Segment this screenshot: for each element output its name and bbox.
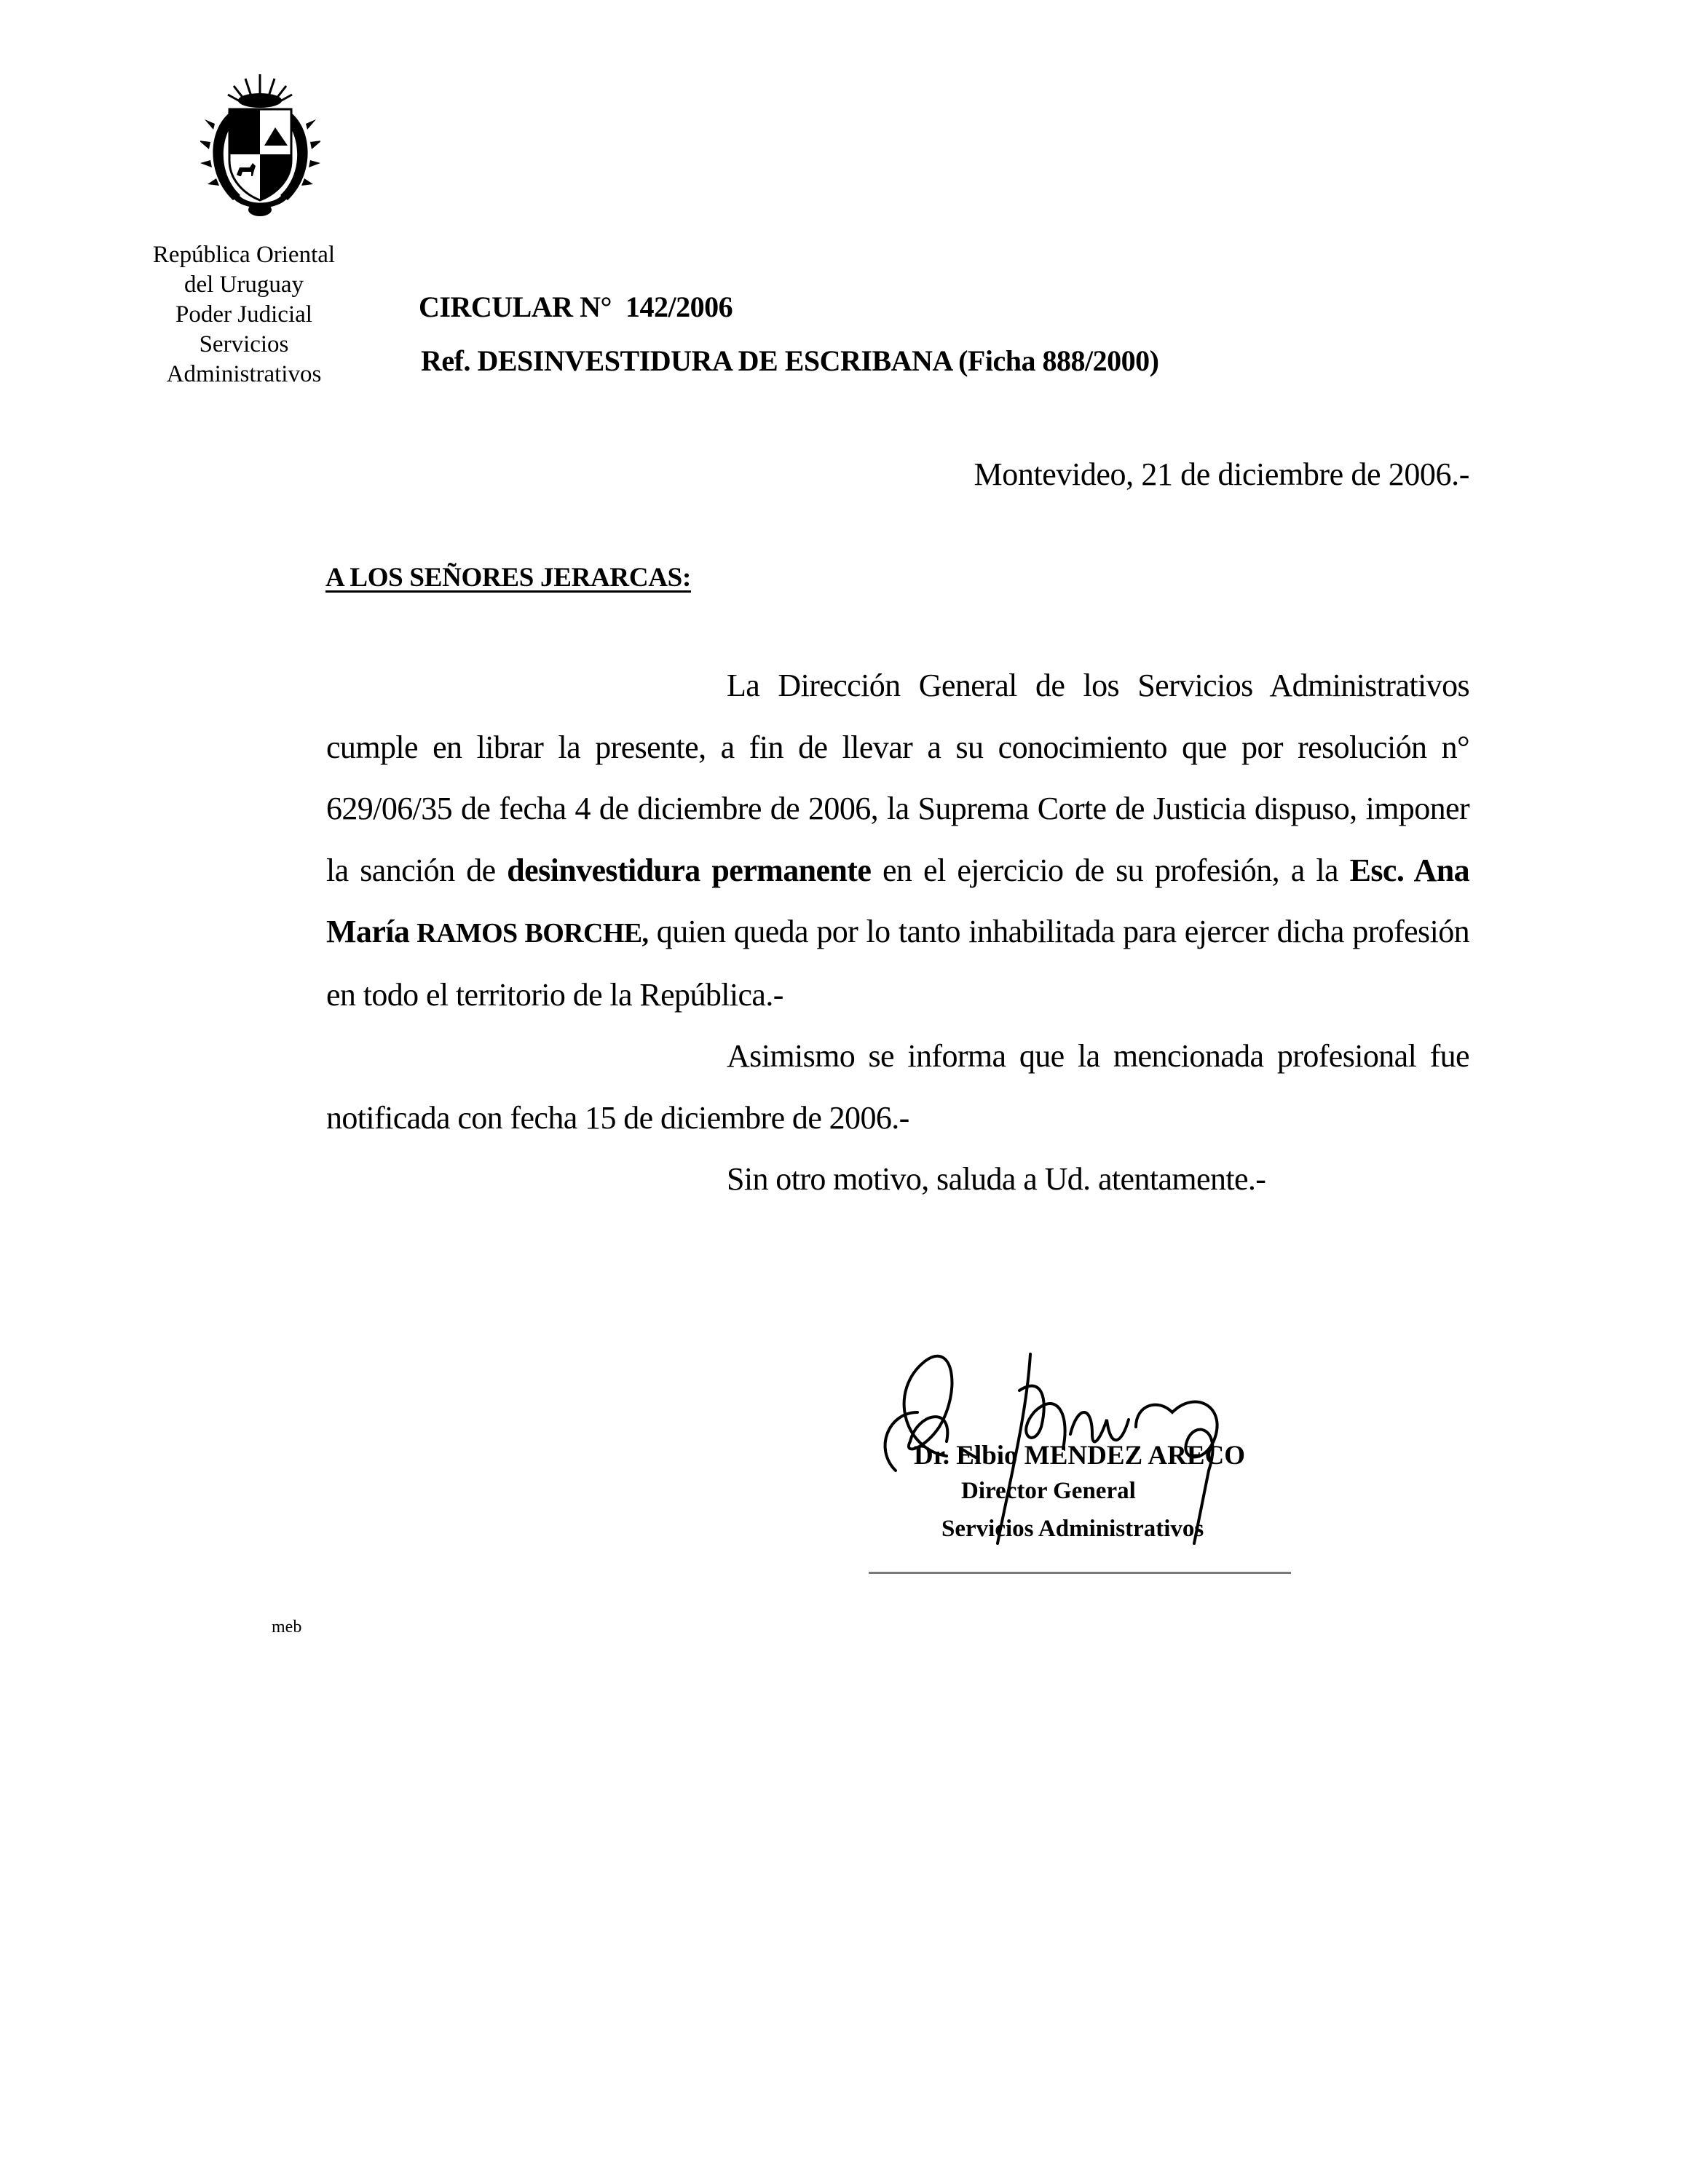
- institution-line: del Uruguay: [131, 270, 357, 300]
- body-text: en el ejercicio de su profesión, a la: [871, 852, 1349, 888]
- institution-line: Administrativos: [131, 360, 357, 389]
- signatory-department: Servicios Administrativos: [941, 1516, 1204, 1543]
- institution-line: Servicios: [131, 330, 357, 360]
- salutation: A LOS SEÑORES JERARCAS:: [325, 562, 691, 593]
- salutation-text: A LOS SEÑORES JERARCAS: [325, 563, 682, 593]
- notary-surname: RAMOS BORCHE,: [409, 918, 648, 949]
- paragraph-notification: Asimismo se informa que la mencionada pr…: [326, 1026, 1469, 1149]
- salutation-colon: :: [682, 563, 691, 593]
- signature-block: Dr. Elbio MENDEZ ARECO Director General …: [859, 1303, 1296, 1572]
- circular-number: CIRCULAR N° 142/2006: [419, 290, 733, 324]
- signatory-name: Dr. Elbio MENDEZ ARECO: [914, 1440, 1245, 1471]
- institution-line: República Oriental: [131, 240, 357, 270]
- date-line: Montevideo, 21 de diciembre de 2006.-: [974, 456, 1469, 493]
- reference-line: Ref. DESINVESTIDURA DE ESCRIBANA (Ficha …: [421, 344, 1158, 378]
- typist-initials: meb: [272, 1618, 301, 1637]
- paragraph-closing: Sin otro motivo, saluda a Ud. atentament…: [326, 1149, 1469, 1211]
- sanction-emphasis: desinvestidura permanente: [507, 852, 871, 888]
- paragraph-resolution: La Dirección General de los Servicios Ad…: [326, 655, 1469, 1026]
- institution-line: Poder Judicial: [131, 300, 357, 330]
- coat-of-arms-icon: [200, 73, 320, 218]
- signatory-title: Director General: [961, 1478, 1136, 1505]
- letter-body: La Dirección General de los Servicios Ad…: [326, 655, 1469, 1211]
- institution-block: República Oriental del Uruguay Poder Jud…: [131, 240, 357, 389]
- signature-divider: [869, 1572, 1291, 1574]
